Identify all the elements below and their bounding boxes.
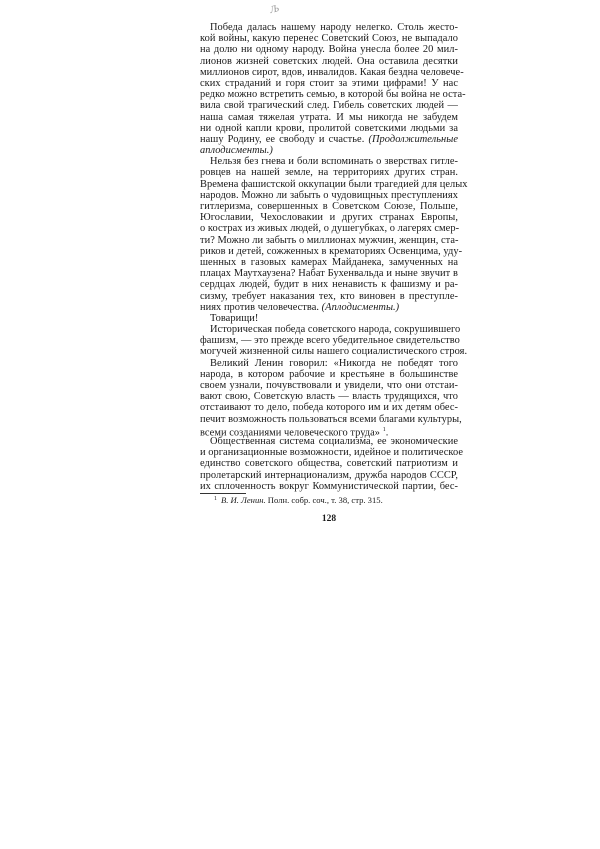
- text-line: о кострах из живых людей, о душегубках, …: [200, 223, 458, 234]
- paragraph-victory: Победа далась нашему народу нелегко. Сто…: [200, 22, 458, 156]
- text-line: их сплоченность вокруг Коммунистической …: [200, 481, 458, 492]
- footnote: 1В. И. Ленин. Полн. собр. соч., т. 38, с…: [200, 494, 458, 506]
- footnote-marker: 1: [214, 496, 217, 502]
- text-span: ниях против человечества.: [200, 302, 319, 313]
- text-line: Великий Ленин говорил: «Никогда не побед…: [200, 358, 458, 369]
- footnote-author: В. И. Ленин.: [221, 495, 266, 505]
- text-line: вила свой трагический след. Гибель совет…: [200, 100, 458, 111]
- paragraph-atrocities: Нельзя без гнева и боли вспоминать о зве…: [200, 156, 458, 313]
- text-line: и организационные возможности, идейное и…: [200, 447, 458, 458]
- paragraph-historic-victory: Историческая победа советского народа, с…: [200, 324, 458, 358]
- text-line: ровцев на нашей земле, на территориях др…: [200, 167, 458, 178]
- text-line: Общественная система социализма, ее экон…: [200, 436, 458, 447]
- text-line: наша самая тяжелая утрата. И мы никогда …: [200, 112, 458, 123]
- text-line: всеми созданиями человеческого труда» 1.: [200, 425, 458, 436]
- text-line: печит возможность пользоваться всеми бла…: [200, 414, 458, 425]
- paragraph-social-system: Общественная система социализма, ее экон…: [200, 436, 458, 492]
- text-line: вают свою, Советскую власть — власть тру…: [200, 391, 458, 402]
- text-line: Времена фашистской оккупации были трагед…: [200, 179, 458, 190]
- page-number: 128: [200, 514, 458, 524]
- paragraph-lenin-quote: Великий Ленин говорил: «Никогда не побед…: [200, 358, 458, 436]
- page-body: Победа далась нашему народу нелегко. Сто…: [200, 22, 458, 524]
- handwritten-mark: Љ: [269, 3, 281, 16]
- text-line: единство советского общества, советский …: [200, 458, 458, 469]
- text-line: сердцах людей, будит в них ненависть к ф…: [200, 279, 458, 290]
- text-line: Югославии, Чехословакии и других странах…: [200, 212, 458, 223]
- applause-note: (Продолжительные: [364, 134, 458, 145]
- text-line: нашу Родину, ее свободу и счастье. (Прод…: [200, 134, 458, 145]
- applause-note: аплодисменты.): [200, 145, 458, 156]
- text-line: отстаивают то дело, победа которого им и…: [200, 402, 458, 413]
- text-line: риков и детей, сожженных в крематориях О…: [200, 246, 458, 257]
- text-line: сизму, требует наказания тех, кто винове…: [200, 291, 458, 302]
- text-line: лионов жизней советских людей. Она остав…: [200, 56, 458, 67]
- text-line: народа, в котором рабочие и крестьяне в …: [200, 369, 458, 380]
- text-span: нашу Родину, ее свободу и счастье.: [200, 134, 364, 145]
- text-line: пролетарский интернационализм, дружба на…: [200, 470, 458, 481]
- text-line: плацах Маутхаузена? Набат Бухенвальда и …: [200, 268, 458, 279]
- text-line: шенных в газовых камерах Майданека, заму…: [200, 257, 458, 268]
- paragraph-comrades: Товарищи!: [200, 313, 458, 324]
- text-line: фашизм, — это прежде всего убедительное …: [200, 335, 458, 346]
- text-line: гитлеризма, совершенных в Советском Союз…: [200, 201, 458, 212]
- text-line: миллионов сирот, вдов, инвалидов. Какая …: [200, 67, 458, 78]
- text-line: ти? Можно ли забыть о миллионах мужчин, …: [200, 235, 458, 246]
- text-line: Нельзя без гнева и боли вспоминать о зве…: [200, 156, 458, 167]
- text-line: ниях против человечества. (Аплодисменты.…: [200, 302, 458, 313]
- text-line: Историческая победа советского народа, с…: [200, 324, 458, 335]
- text-line: Победа далась нашему народу нелегко. Сто…: [200, 22, 458, 33]
- text-line: Товарищи!: [200, 313, 458, 324]
- text-line: ских страданий и горя стоит за этими циф…: [200, 78, 458, 89]
- text-line: на долю ни одному народу. Война унесла б…: [200, 44, 458, 55]
- text-line: ни одной капли крови, пролитой советским…: [200, 123, 458, 134]
- text-line: своем узнали, почувствовали и увидели, ч…: [200, 380, 458, 391]
- text-line: редко можно встретить семью, в которой б…: [200, 89, 458, 100]
- text-line: могучей жизненной силы нашего социалисти…: [200, 346, 458, 357]
- text-line: кой войны, какую перенес Советский Союз,…: [200, 33, 458, 44]
- applause-note: (Аплодисменты.): [319, 302, 399, 313]
- text-line: народов. Можно ли забыть о чудовищных пр…: [200, 190, 458, 201]
- footnote-citation: Полн. собр. соч., т. 38, стр. 315.: [266, 495, 383, 505]
